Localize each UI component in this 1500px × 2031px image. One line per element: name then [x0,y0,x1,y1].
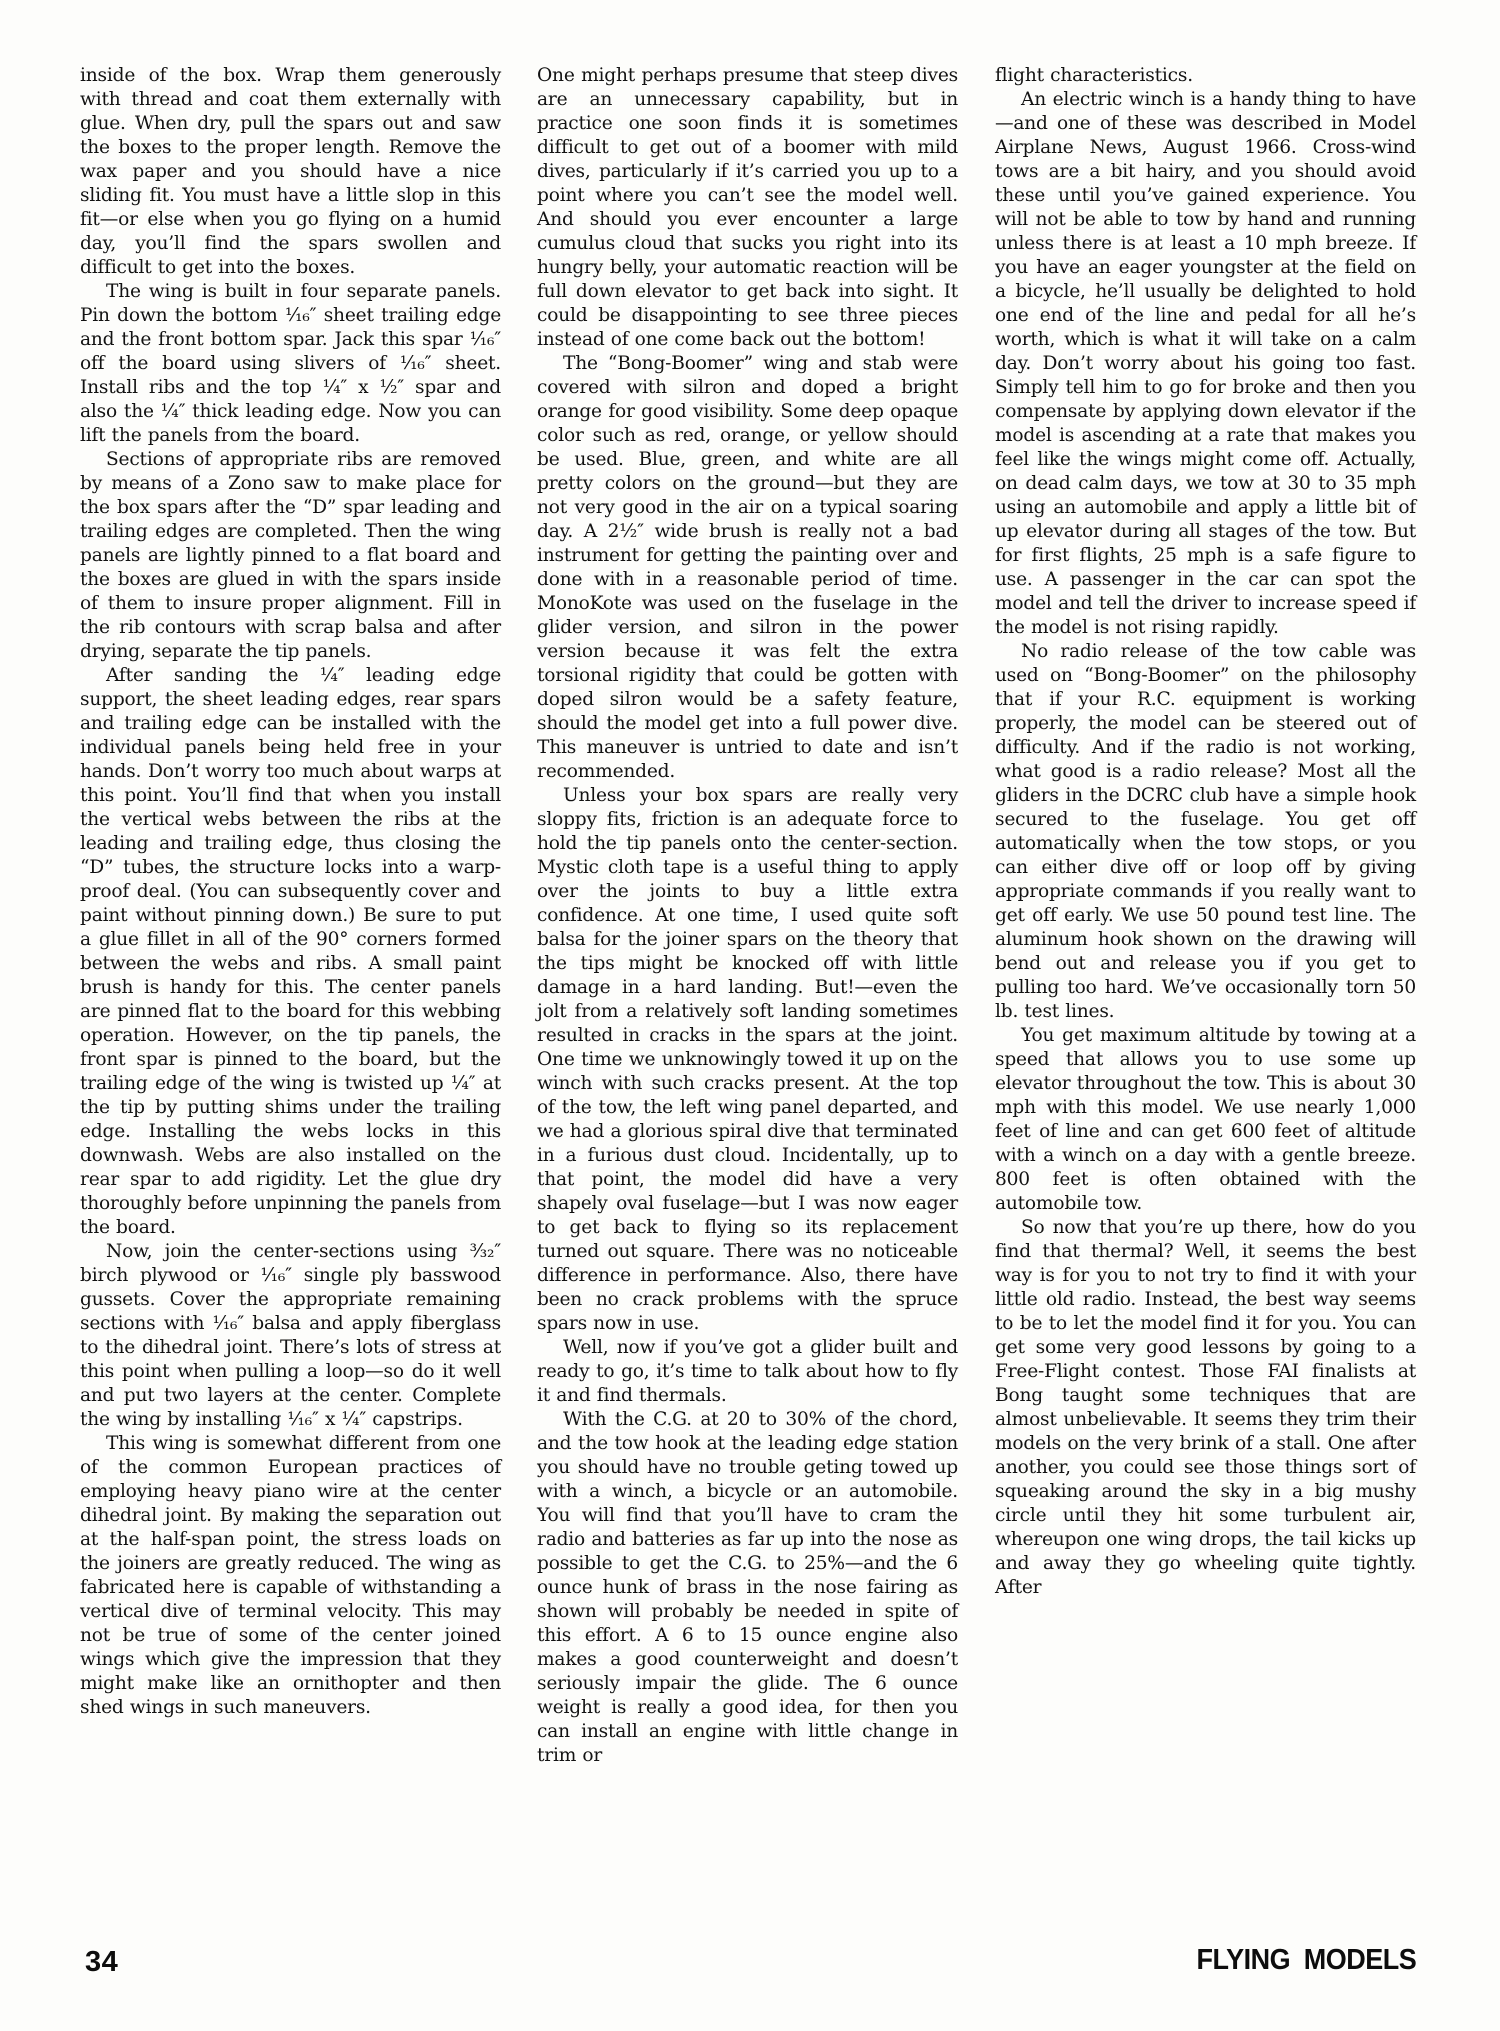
paragraph: After sanding the ¼″ leading edge suppor… [80,664,501,1240]
magazine-title: FLYING MODELS [1196,1944,1416,1977]
magazine-page: inside of the box. Wrap them generously … [0,0,1500,2031]
paragraph: This wing is somewhat different from one… [80,1432,501,1720]
paragraph: Unless your box spars are really very sl… [537,784,958,1336]
text-column-2: One might perhaps presume that steep div… [537,64,958,1768]
paragraph: So now that you’re up there, how do you … [995,1216,1416,1600]
paragraph: No radio release of the tow cable was us… [995,640,1416,1024]
paragraph: flight characteristics. [995,64,1416,88]
paragraph: One might perhaps presume that steep div… [537,64,958,352]
text-column-1: inside of the box. Wrap them generously … [80,64,501,1720]
paragraph: An electric winch is a handy thing to ha… [995,88,1416,640]
paragraph: Well, now if you’ve got a glider built a… [537,1336,958,1408]
paragraph: With the C.G. at 20 to 30% of the chord,… [537,1408,958,1768]
paragraph: Sections of appropriate ribs are removed… [80,448,501,664]
paragraph: You get maximum altitude by towing at a … [995,1024,1416,1216]
text-column-3: flight characteristics.An electric winch… [995,64,1416,1600]
paragraph: Now, join the center-sections using ³⁄₃₂… [80,1240,501,1432]
paragraph: The “Bong-Boomer” wing and stab were cov… [537,352,958,784]
page-number: 34 [85,1946,118,1979]
paragraph: inside of the box. Wrap them generously … [80,64,501,280]
paragraph: The wing is built in four separate panel… [80,280,501,448]
